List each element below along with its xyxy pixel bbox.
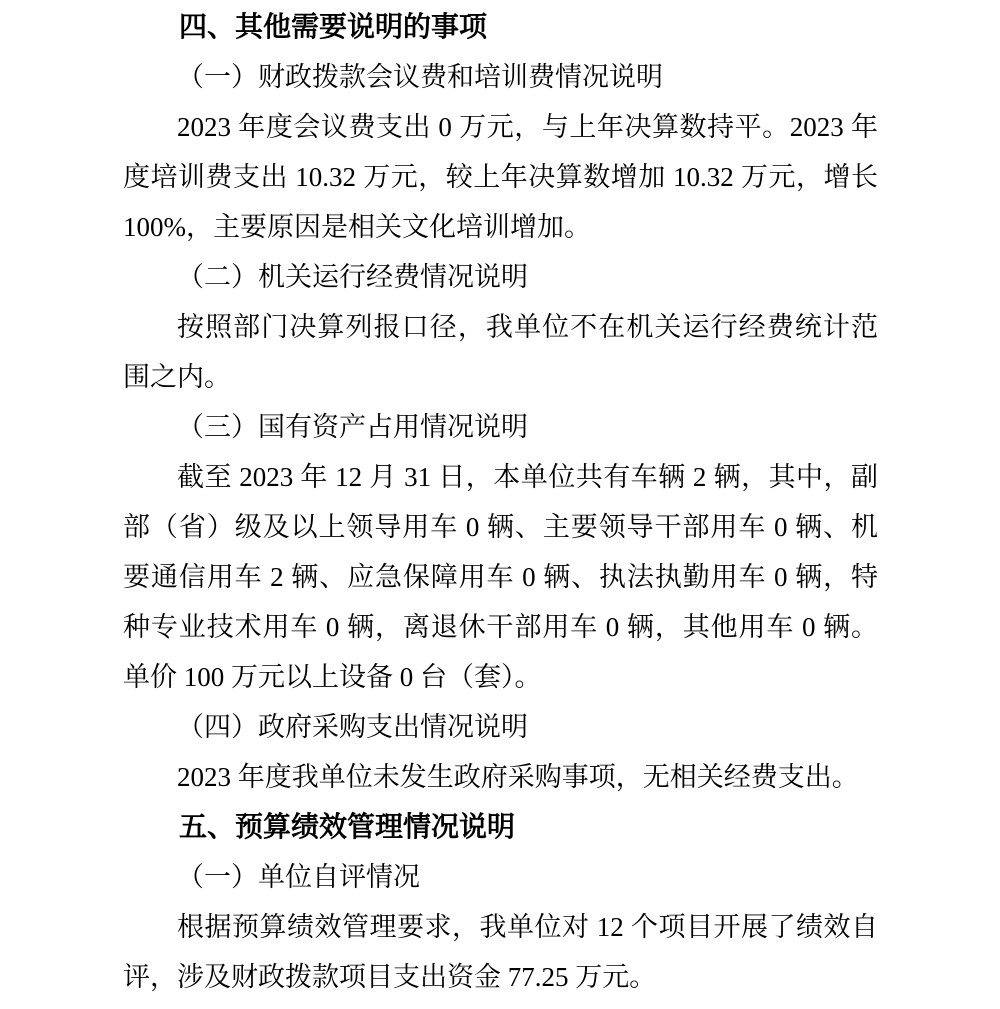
paragraph-line: 按照部门决算列报口径，我单位不在机关运行经费统计范 xyxy=(123,302,878,352)
subsection-heading: （二）机关运行经费情况说明 xyxy=(123,252,878,302)
paragraph-line: 围之内。 xyxy=(123,352,878,402)
paragraph-line: 度培训费支出 10.32 万元，较上年决算数增加 10.32 万元，增长 xyxy=(123,152,878,202)
section-heading: 四、其他需要说明的事项 xyxy=(123,2,878,52)
paragraph-line: 单价 100 万元以上设备 0 台（套）。 xyxy=(123,652,878,702)
paragraph-line: 2023 年度我单位未发生政府采购事项，无相关经费支出。 xyxy=(123,752,878,802)
paragraph-line: 2023 年度会议费支出 0 万元，与上年决算数持平。2023 年 xyxy=(123,102,878,152)
paragraph-line: 要通信用车 2 辆、应急保障用车 0 辆、执法执勤用车 0 辆，特 xyxy=(123,552,878,602)
subsection-heading: （一）财政拨款会议费和培训费情况说明 xyxy=(123,52,878,102)
subsection-heading: （四）政府采购支出情况说明 xyxy=(123,702,878,752)
paragraph-line: 种专业技术用车 0 辆，离退休干部用车 0 辆，其他用车 0 辆。 xyxy=(123,602,878,652)
paragraph-line: 评，涉及财政拨款项目支出资金 77.25 万元。 xyxy=(123,952,878,1002)
paragraph-line: 截至 2023 年 12 月 31 日，本单位共有车辆 2 辆，其中，副 xyxy=(123,452,878,502)
section-heading: 五、预算绩效管理情况说明 xyxy=(123,802,878,852)
document-page: 四、其他需要说明的事项（一）财政拨款会议费和培训费情况说明2023 年度会议费支… xyxy=(0,0,1000,1009)
paragraph-line: 100%，主要原因是相关文化培训增加。 xyxy=(123,202,878,252)
paragraph-line: 部（省）级及以上领导用车 0 辆、主要领导干部用车 0 辆、机 xyxy=(123,502,878,552)
subsection-heading: （三）国有资产占用情况说明 xyxy=(123,402,878,452)
document-body: 四、其他需要说明的事项（一）财政拨款会议费和培训费情况说明2023 年度会议费支… xyxy=(123,2,878,1002)
subsection-heading: （一）单位自评情况 xyxy=(123,852,878,902)
paragraph-line: 根据预算绩效管理要求，我单位对 12 个项目开展了绩效自 xyxy=(123,902,878,952)
